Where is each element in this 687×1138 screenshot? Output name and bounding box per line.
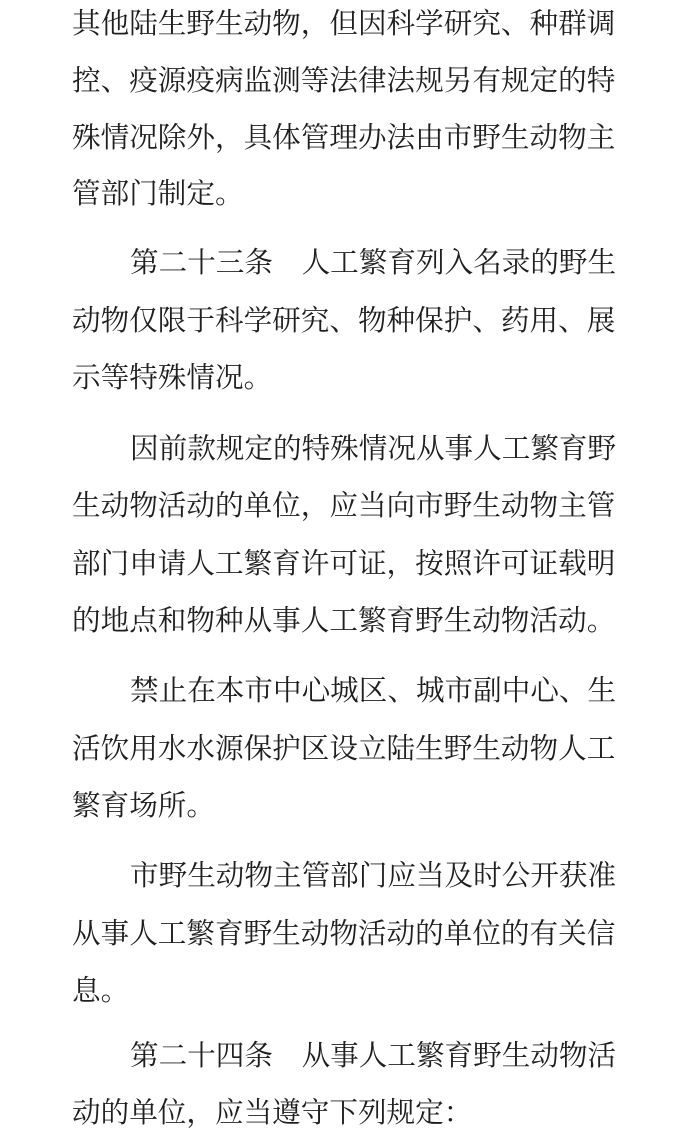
text-line: 示等特殊情况。 — [72, 357, 632, 397]
text-line: 息。 — [72, 970, 632, 1010]
text-line: 动的单位，应当遵守下列规定： — [72, 1092, 632, 1132]
text-line: 其他陆生野生动物，但因科学研究、种群调 — [72, 3, 632, 43]
text-line: 管部门制定。 — [72, 173, 632, 213]
text-line: 殊情况除外，具体管理办法由市野生动物主 — [72, 117, 632, 157]
text-line: 因前款规定的特殊情况从事人工繁育野 — [130, 428, 687, 468]
text-line: 市野生动物主管部门应当及时公开获准 — [130, 855, 687, 895]
text-line: 生动物活动的单位，应当向市野生动物主管 — [72, 485, 632, 525]
text-line: 第二十三条 人工繁育列入名录的野生 — [130, 242, 687, 282]
text-line: 活饮用水水源保护区设立陆生野生动物人工 — [72, 728, 632, 768]
text-line: 控、疫源疫病监测等法律法规另有规定的特 — [72, 60, 632, 100]
text-line: 部门申请人工繁育许可证，按照许可证载明 — [72, 543, 632, 583]
text-line: 从事人工繁育野生动物活动的单位的有关信 — [72, 913, 632, 953]
text-line: 的地点和物种从事人工繁育野生动物活动。 — [72, 600, 632, 640]
text-line: 动物仅限于科学研究、物种保护、药用、展 — [72, 300, 632, 340]
text-line: 繁育场所。 — [72, 785, 632, 825]
text-line: 禁止在本市中心城区、城市副中心、生 — [130, 670, 687, 710]
document-page: 其他陆生野生动物，但因科学研究、种群调 控、疫源疫病监测等法律法规另有规定的特 … — [0, 0, 687, 1138]
text-line: 第二十四条 从事人工繁育野生动物活 — [130, 1035, 687, 1075]
